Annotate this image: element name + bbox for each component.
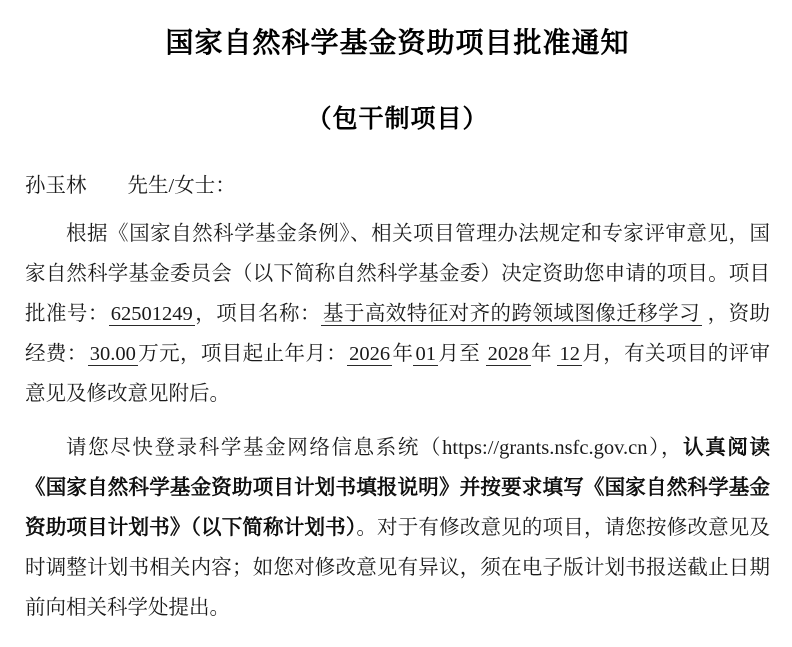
month-to-text: 月至 (438, 343, 486, 365)
recipient-name: 孙玉林 (25, 175, 87, 197)
end-month-value: 12 (557, 343, 582, 366)
funding-amount-value: 30.00 (88, 343, 138, 366)
year-char-text: 年 (392, 343, 413, 365)
approval-number-value: 62501249 (109, 303, 195, 326)
paragraph-instructions: 请您尽快登录科学基金网络信息系统（https://grants.nsfc.gov… (25, 428, 770, 628)
end-year-char-text: 年 (531, 343, 558, 365)
project-name-value: 基于高效特征对齐的跨领域图像迁移学习 (321, 303, 702, 326)
salutation-line: 孙玉林先生/女士： (25, 174, 770, 198)
document-subtitle: （包干制项目） (25, 104, 770, 134)
approval-notice-document: 国家自然科学基金资助项目批准通知 （包干制项目） 孙玉林先生/女士： 根据《国家… (0, 0, 792, 647)
start-month-value: 01 (413, 343, 438, 366)
end-year-value: 2028 (486, 343, 531, 366)
login-system-text: 请您尽快登录科学基金网络信息系统（https://grants.nsfc.gov… (66, 437, 683, 459)
recipient-honorific: 先生/女士： (128, 175, 236, 197)
start-year-value: 2026 (347, 343, 392, 366)
duration-label-text: 万元，项目起止年月： (138, 343, 347, 365)
project-name-label-text: ，项目名称： (195, 303, 321, 325)
paragraph-approval-details: 根据《国家自然科学基金条例》、相关项目管理办法规定和专家评审意见，国家自然科学基… (25, 214, 770, 414)
document-title: 国家自然科学基金资助项目批准通知 (25, 26, 770, 60)
